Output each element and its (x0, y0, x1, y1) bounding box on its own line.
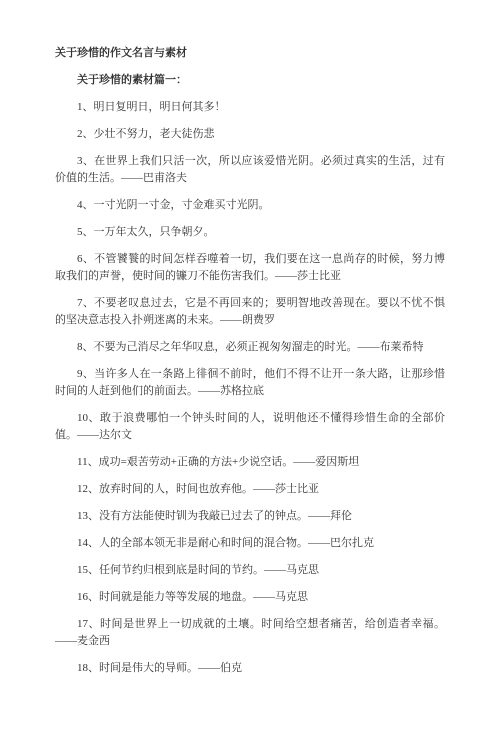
quote-item-5: 5、一万年太久，只争朝夕。 (55, 224, 445, 241)
quote-item-8: 8、不要为己消尽之年华叹息，必须正视匆匆溜走的时光。——布莱希特 (55, 339, 445, 356)
quote-item-15: 15、任何节约归根到底是时间的节约。——马克思 (55, 562, 445, 579)
quote-item-7: 7、不要老叹息过去，它是不再回来的；要明智地改善现在。要以不忧不惧的坚决意志投入… (55, 295, 445, 329)
quote-item-9: 9、当许多人在一条路上徘徊不前时，他们不得不让开一条大路，让那珍惜时间的人赶到他… (55, 366, 445, 400)
quote-item-17: 17、时间是世界上一切成就的土壤。时间给空想者痛苦，给创造者幸福。——麦金西 (55, 616, 445, 650)
quote-item-16: 16、时间就是能力等等发展的地盘。——马克思 (55, 589, 445, 606)
quote-item-12: 12、放弃时间的人，时间也放弃他。——莎士比亚 (55, 481, 445, 498)
quote-item-11: 11、成功=艰苦劳动+正确的方法+少说空话。——爱因斯坦 (55, 454, 445, 471)
document-page: 关于珍惜的作文名言与素材 关于珍惜的素材篇一： 1、明日复明日，明日何其多！ 2… (0, 0, 500, 743)
quote-item-1: 1、明日复明日，明日何其多！ (55, 99, 445, 116)
quote-item-18: 18、时间是伟大的导师。——伯克 (55, 660, 445, 677)
quote-item-2: 2、少壮不努力，老大徒伤悲 (55, 126, 445, 143)
quote-item-6: 6、不管饕餮的时间怎样吞噬着一切，我们要在这一息尚存的时候，努力博取我们的声誉，… (55, 251, 445, 285)
section-heading: 关于珍惜的素材篇一： (55, 72, 445, 89)
quote-item-14: 14、人的全部本领无非是耐心和时间的混合物。——巴尔扎克 (55, 535, 445, 552)
document-title: 关于珍惜的作文名言与素材 (55, 45, 445, 62)
quote-item-3: 3、在世界上我们只活一次，所以应该爱惜光阴。必须过真实的生活，过有价值的生活。—… (55, 153, 445, 187)
quote-item-10: 10、敢于浪费哪怕一个钟头时间的人，说明他还不懂得珍惜生命的全部价值。——达尔文 (55, 410, 445, 444)
quote-item-13: 13、没有方法能使时钏为我敲已过去了的钟点。——拜伦 (55, 508, 445, 525)
quote-item-4: 4、一寸光阴一寸金，寸金难买寸光阴。 (55, 197, 445, 214)
